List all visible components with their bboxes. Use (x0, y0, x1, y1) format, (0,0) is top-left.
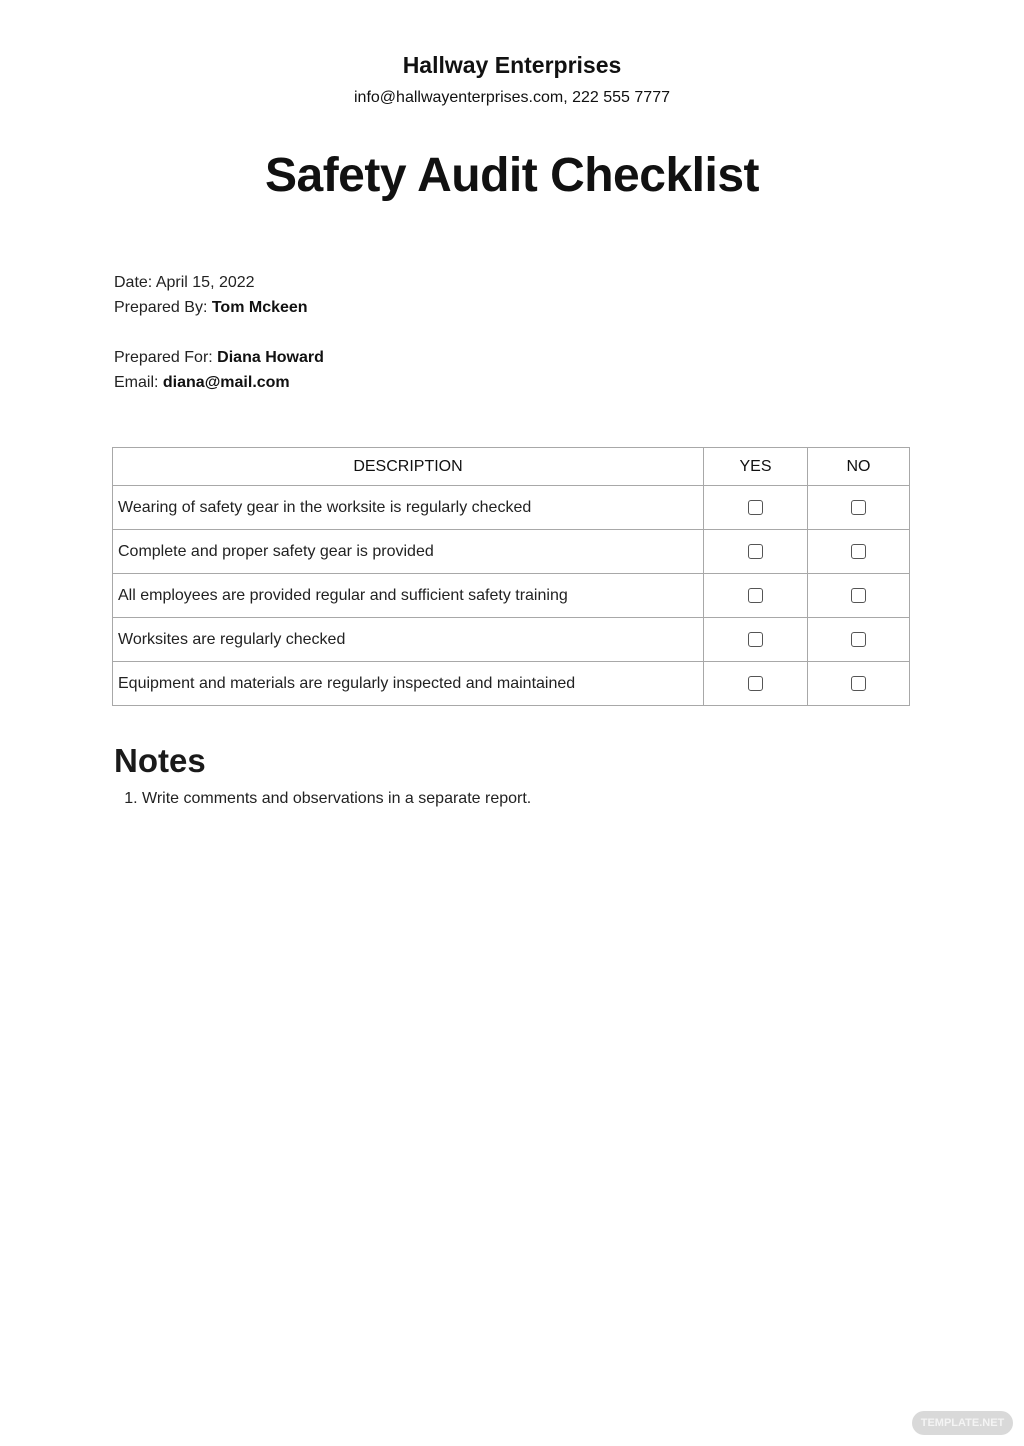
no-checkbox[interactable] (851, 632, 866, 647)
yes-cell (704, 618, 808, 662)
yes-cell (704, 486, 808, 530)
no-cell (808, 574, 910, 618)
row-description: Worksites are regularly checked (113, 618, 704, 662)
table-row: All employees are provided regular and s… (113, 574, 910, 618)
prepared-for-line: Prepared For: Diana Howard (114, 349, 324, 367)
date-label: Date: (114, 274, 152, 291)
header-no: NO (808, 448, 910, 486)
header-description: DESCRIPTION (113, 448, 704, 486)
no-checkbox[interactable] (851, 544, 866, 559)
yes-cell (704, 574, 808, 618)
no-checkbox[interactable] (851, 676, 866, 691)
note-item: Write comments and observations in a sep… (142, 790, 531, 808)
yes-checkbox[interactable] (748, 500, 763, 515)
yes-cell (704, 662, 808, 706)
table-row: Equipment and materials are regularly in… (113, 662, 910, 706)
table-header-row: DESCRIPTION YES NO (113, 448, 910, 486)
no-checkbox[interactable] (851, 500, 866, 515)
prepared-for-value: Diana Howard (217, 349, 324, 366)
yes-checkbox[interactable] (748, 632, 763, 647)
date-line: Date: April 15, 2022 (114, 274, 255, 292)
table-row: Worksites are regularly checked (113, 618, 910, 662)
company-contact: info@hallwayenterprises.com, 222 555 777… (0, 89, 1024, 107)
table-row: Complete and proper safety gear is provi… (113, 530, 910, 574)
email-label: Email: (114, 374, 158, 391)
date-value: April 15, 2022 (156, 274, 255, 291)
prepared-for-label: Prepared For: (114, 349, 213, 366)
row-description: Complete and proper safety gear is provi… (113, 530, 704, 574)
notes-list: Write comments and observations in a sep… (112, 790, 531, 808)
row-description: All employees are provided regular and s… (113, 574, 704, 618)
prepared-by-value: Tom Mckeen (212, 299, 308, 316)
template-watermark: TEMPLATE.NET (912, 1411, 1013, 1435)
table-row: Wearing of safety gear in the worksite i… (113, 486, 910, 530)
email-line: Email: diana@mail.com (114, 374, 290, 392)
no-cell (808, 618, 910, 662)
page-title: Safety Audit Checklist (0, 148, 1024, 203)
notes-heading: Notes (114, 742, 206, 780)
yes-checkbox[interactable] (748, 676, 763, 691)
yes-checkbox[interactable] (748, 544, 763, 559)
checklist-table: DESCRIPTION YES NO Wearing of safety gea… (112, 447, 910, 706)
yes-cell (704, 530, 808, 574)
prepared-by-label: Prepared By: (114, 299, 207, 316)
no-cell (808, 486, 910, 530)
yes-checkbox[interactable] (748, 588, 763, 603)
no-cell (808, 662, 910, 706)
prepared-by-line: Prepared By: Tom Mckeen (114, 299, 308, 317)
no-checkbox[interactable] (851, 588, 866, 603)
header-yes: YES (704, 448, 808, 486)
row-description: Wearing of safety gear in the worksite i… (113, 486, 704, 530)
company-name: Hallway Enterprises (0, 52, 1024, 79)
row-description: Equipment and materials are regularly in… (113, 662, 704, 706)
email-value: diana@mail.com (163, 374, 290, 391)
no-cell (808, 530, 910, 574)
